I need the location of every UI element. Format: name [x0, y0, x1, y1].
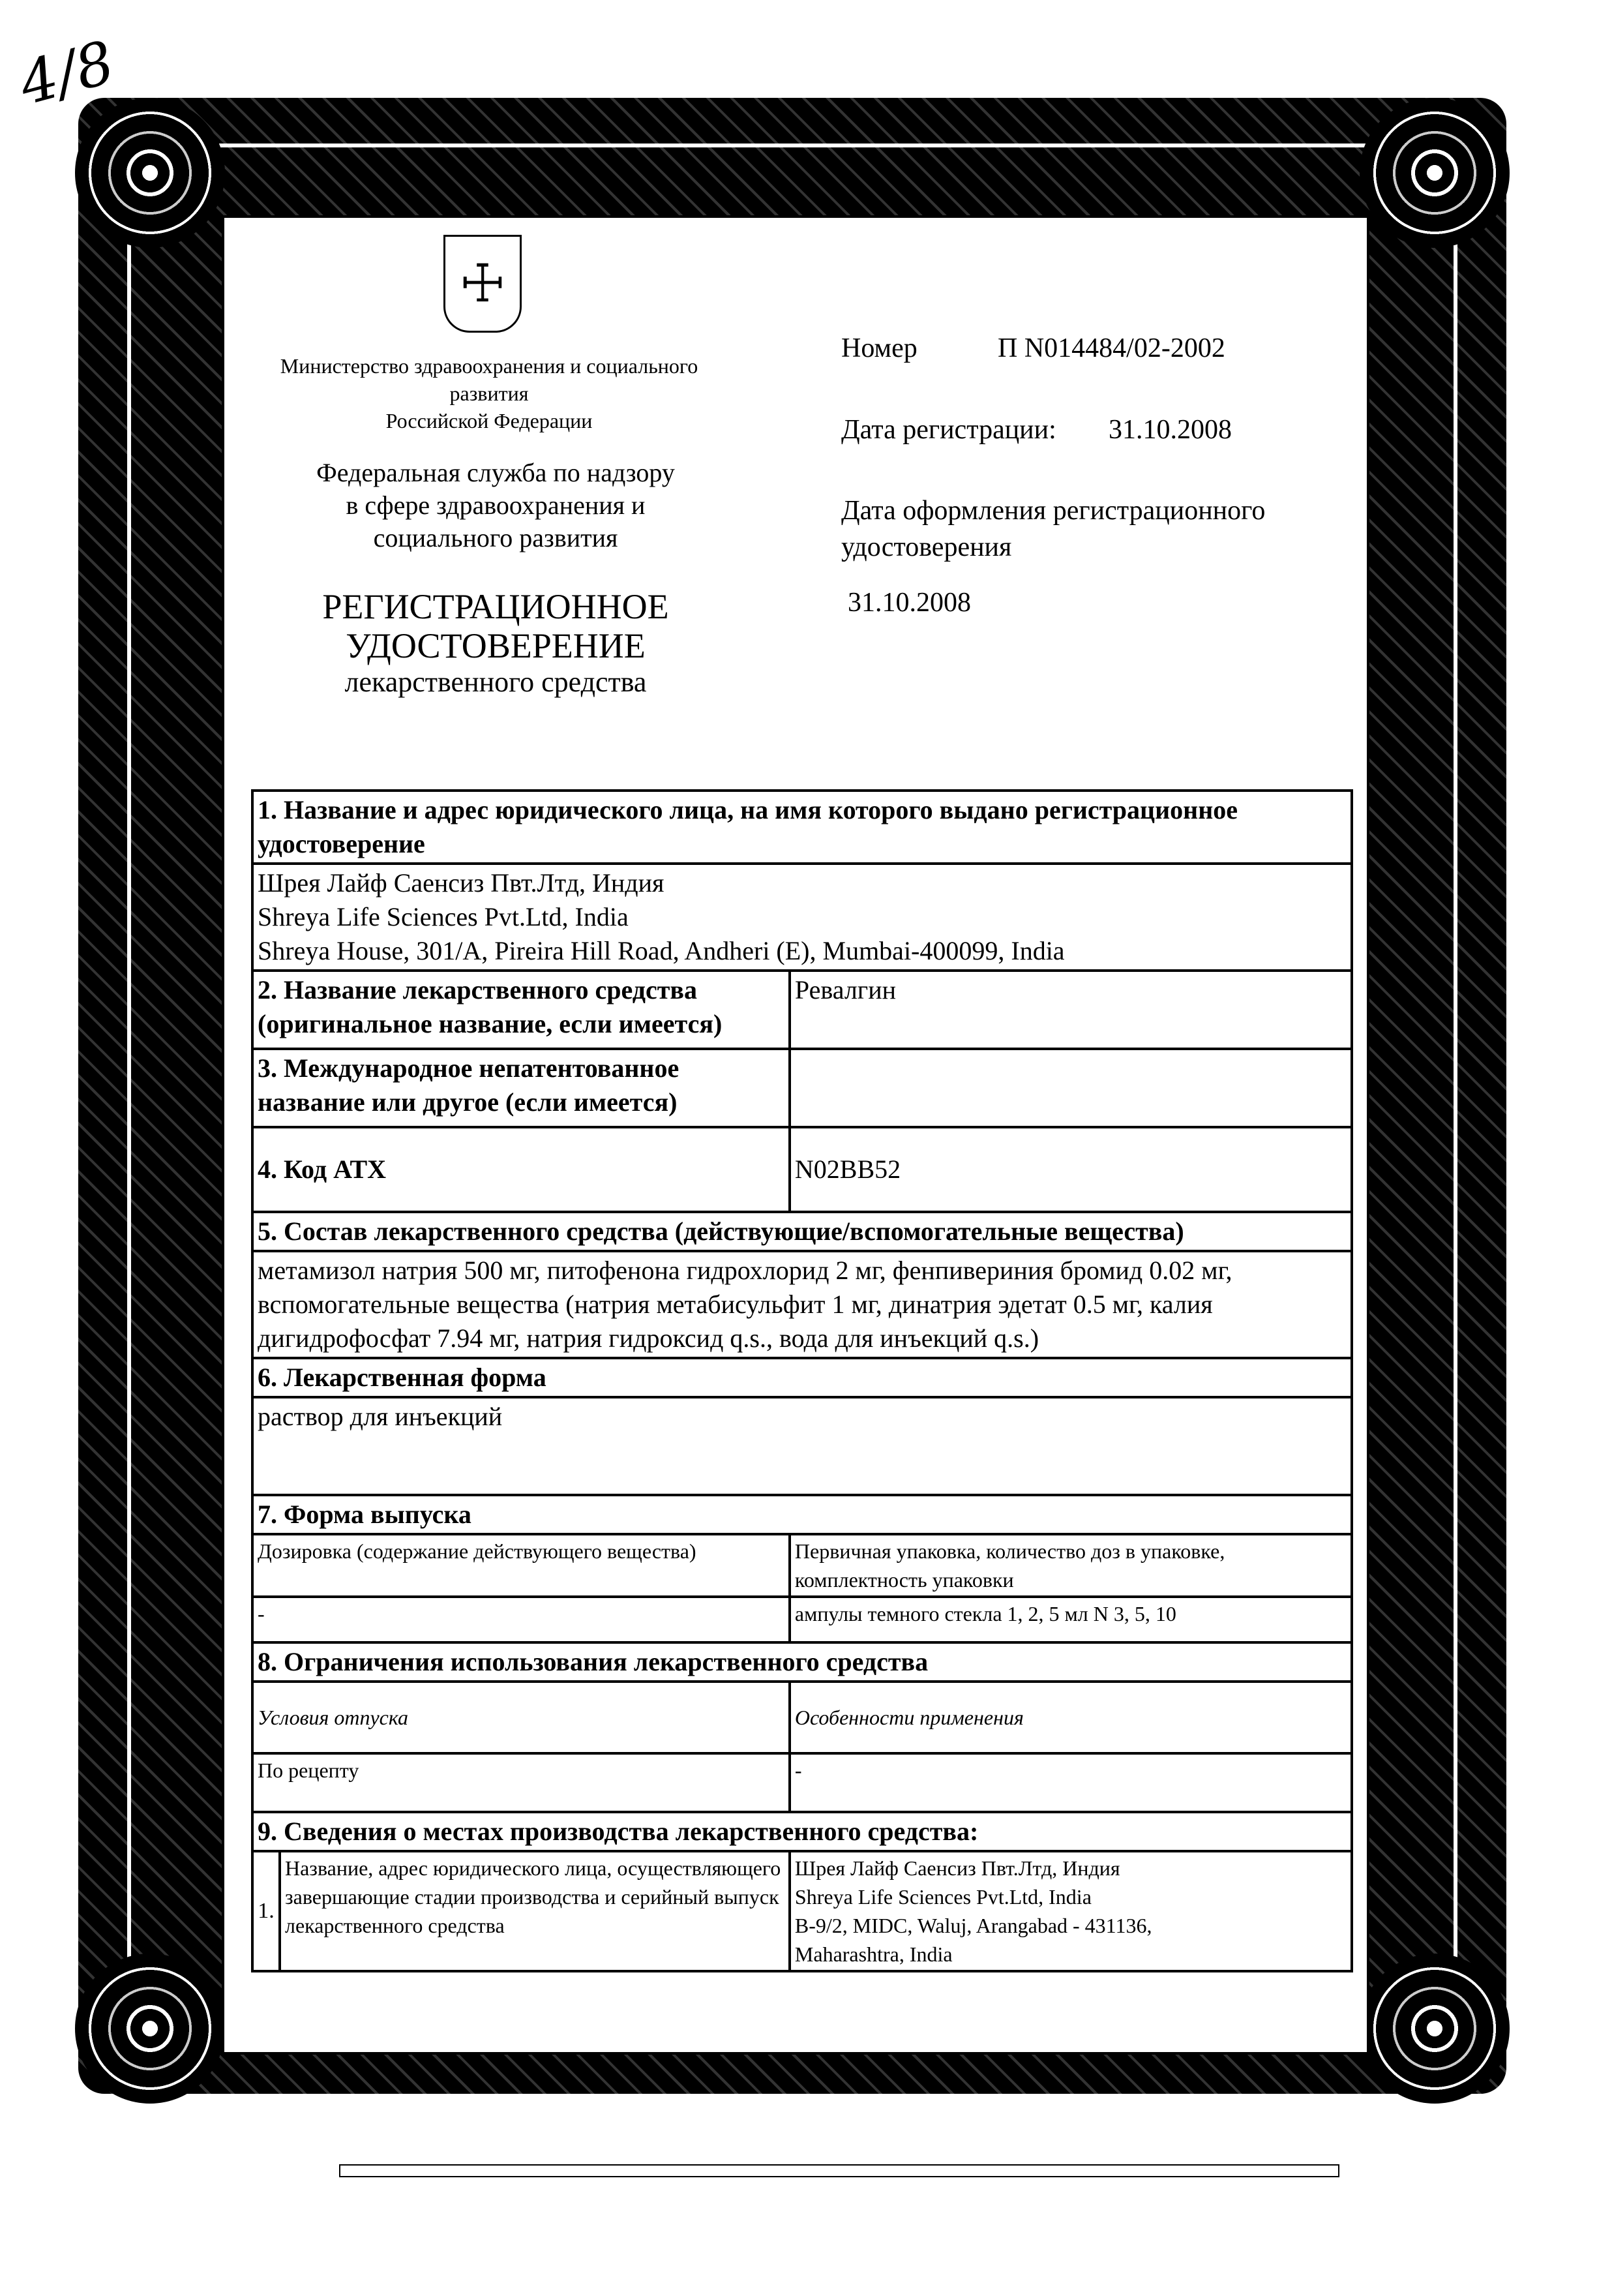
drug-name: Ревалгин	[790, 971, 1352, 1049]
section-3-row: 3. Международное непатентованное названи…	[252, 1049, 1352, 1127]
section-8-columns: Условия отпуска Особенности применения	[252, 1682, 1352, 1753]
dispensing-conditions: По рецепту	[252, 1753, 790, 1812]
manufacturer-address: Шрея Лайф Саенсиз Пвт.Лтд, Индия Shreya …	[790, 1851, 1352, 1971]
section-6-header: 6. Лекарственная форма	[252, 1358, 1352, 1397]
section-5-value: метамизол натрия 500 мг, питофенона гидр…	[252, 1251, 1352, 1358]
section-6-value: раствор для инъекций	[252, 1397, 1352, 1495]
registration-date: 31.10.2008	[1109, 414, 1232, 446]
dosage-form: раствор для инъекций	[252, 1397, 1352, 1495]
certificate-subtitle: лекарственного средства	[248, 665, 743, 699]
section-7-values: - ампулы темного стекла 1, 2, 5 мл N 3, …	[252, 1597, 1352, 1642]
certificate-title: РЕГИСТРАЦИОННОЕ УДОСТОВЕРЕНИЕ	[248, 587, 743, 665]
section-7-header: 7. Форма выпуска	[252, 1495, 1352, 1534]
section-8-header: 8. Ограничения использования лекарственн…	[252, 1642, 1352, 1682]
section-5-header: 5. Состав лекарственного средства (дейст…	[252, 1212, 1352, 1251]
issue-date: 31.10.2008	[848, 587, 971, 618]
atc-code: N02BB52	[790, 1127, 1352, 1212]
corner-rosette-icon	[1360, 98, 1510, 248]
issue-date-label: Дата оформления регистрационного удостов…	[841, 492, 1363, 566]
corner-rosette-icon	[75, 1954, 225, 2104]
federal-service-name: Федеральная служба по надзору в сфере зд…	[248, 457, 743, 554]
coat-of-arms-icon: ☩	[443, 235, 522, 333]
corner-rosette-icon	[75, 98, 225, 248]
registration-date-label: Дата регистрации:	[841, 414, 1056, 446]
printer-imprint-strip	[339, 2164, 1339, 2177]
section-9-header: 9. Сведения о местах производства лекарс…	[252, 1812, 1352, 1851]
inn-name	[790, 1049, 1352, 1127]
packaging: ампулы темного стекла 1, 2, 5 мл N 3, 5,…	[790, 1597, 1352, 1642]
ministry-name: Министерство здравоохранения и социально…	[222, 352, 756, 434]
manufacturer-row: 1. Название, адрес юридического лица, ос…	[252, 1851, 1352, 1971]
corner-rosette-icon	[1360, 1954, 1510, 2104]
registration-table: 1. Название и адрес юридического лица, н…	[251, 789, 1353, 1972]
section-2-row: 2. Название лекарственного средства (ори…	[252, 971, 1352, 1049]
certificate-number: П N014484/02-2002	[998, 333, 1225, 364]
section-1-value: Шрея Лайф Саенсиз Пвт.Лтд, Индия Shreya …	[252, 864, 1352, 971]
section-4-row: 4. Код АТХ N02BB52	[252, 1127, 1352, 1212]
composition: метамизол натрия 500 мг, питофенона гидр…	[252, 1251, 1352, 1358]
section-7-columns: Дозировка (содержание действующего вещес…	[252, 1534, 1352, 1597]
section-8-values: По рецепту -	[252, 1753, 1352, 1812]
section-1-header: 1. Название и адрес юридического лица, н…	[252, 791, 1352, 864]
number-label: Номер	[841, 333, 918, 364]
